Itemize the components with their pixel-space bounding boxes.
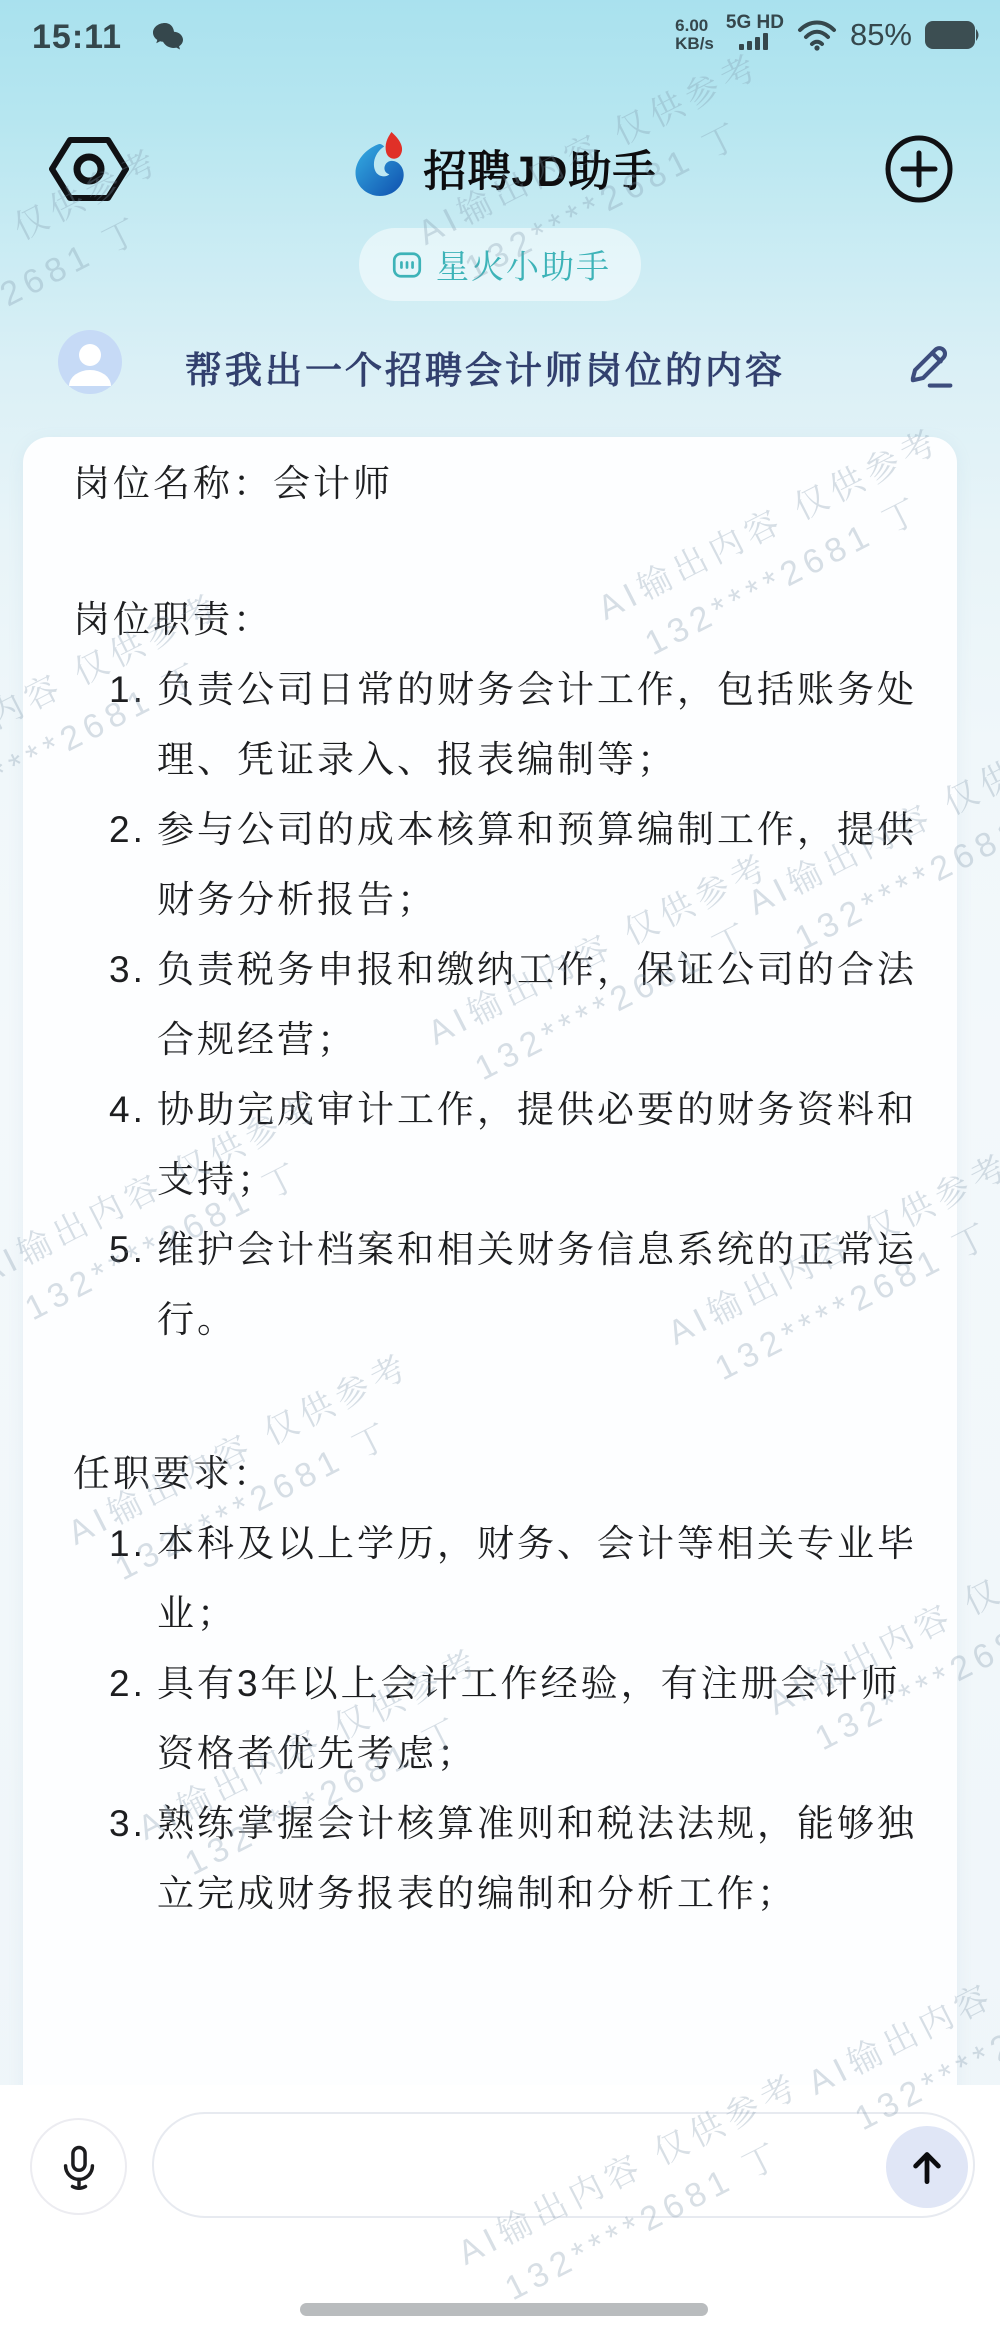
jd-list-item: 3.熟练掌握会计核算准则和税法法规，能够独立完成财务报表的编制和分析工作； [109, 1789, 929, 1929]
wechat-notification-icon [152, 22, 186, 57]
jd-list-item: 5.维护会计档案和相关财务信息系统的正常运行。 [109, 1215, 929, 1355]
assistant-chip-icon [389, 247, 425, 283]
new-chat-plus-icon[interactable] [884, 134, 954, 209]
jd-responsibilities-title: 岗位职责： [73, 585, 929, 655]
jd-list-item: 4.协助完成审计工作，提供必要的财务资料和支持； [109, 1075, 929, 1215]
wifi-icon [796, 18, 838, 52]
edit-pencil-icon[interactable] [902, 336, 960, 399]
home-indicator-bar[interactable] [300, 2303, 708, 2316]
arrow-up-icon [905, 2145, 949, 2189]
jd-requirements-list: 1.本科及以上学历，财务、会计等相关专业毕业；2.具有3年以上会计工作经验，有注… [109, 1509, 929, 1929]
assistant-badge[interactable]: 星火小助手 [359, 228, 641, 301]
user-message-text: 帮我出一个招聘会计师岗位的内容 [185, 340, 785, 394]
signal-bars-icon [738, 32, 772, 50]
jd-list-item: 2.具有3年以上会计工作经验，有注册会计师资格者优先考虑； [109, 1649, 929, 1789]
assistant-badge-label: 星火小助手 [436, 241, 611, 288]
clock: 15:11 [32, 18, 122, 57]
page-title: 招聘JD助手 [424, 138, 657, 199]
message-input[interactable] [152, 2112, 975, 2218]
battery-icon [924, 20, 982, 50]
send-button[interactable] [886, 2126, 968, 2208]
jd-list-item: 1.本科及以上学历，财务、会计等相关专业毕业； [109, 1509, 929, 1649]
voice-input-button[interactable] [30, 2118, 127, 2215]
battery-percent: 85% [850, 17, 912, 53]
network-speed: 6.00 KB/s [675, 17, 714, 53]
jd-list-item: 3.负责税务申报和缴纳工作，保证公司的合法合规经营； [109, 935, 929, 1075]
jd-responsibilities-list: 1.负责公司日常的财务会计工作，包括账务处理、凭证录入、报表编制等；2.参与公司… [109, 655, 929, 1355]
ai-response-card: 岗位名称：会计师 岗位职责： 1.负责公司日常的财务会计工作，包括账务处理、凭证… [23, 437, 957, 2117]
network-type-indicator: 5G HD [726, 14, 784, 55]
jd-requirements-title: 任职要求： [73, 1439, 929, 1509]
jd-list-item: 2.参与公司的成本核算和预算编制工作，提供财务分析报告； [109, 795, 929, 935]
spark-flame-logo [344, 130, 410, 207]
app-header: 招聘JD助手 [0, 118, 1000, 218]
jd-list-item: 1.负责公司日常的财务会计工作，包括账务处理、凭证录入、报表编制等； [109, 655, 929, 795]
microphone-icon [53, 2141, 105, 2193]
user-avatar [58, 330, 122, 394]
user-message-row: 帮我出一个招聘会计师岗位的内容 [0, 328, 1000, 400]
status-bar: 15:11 6.00 KB/s 5G HD 85% [0, 14, 1000, 60]
jd-position-line: 岗位名称：会计师 [73, 449, 929, 519]
